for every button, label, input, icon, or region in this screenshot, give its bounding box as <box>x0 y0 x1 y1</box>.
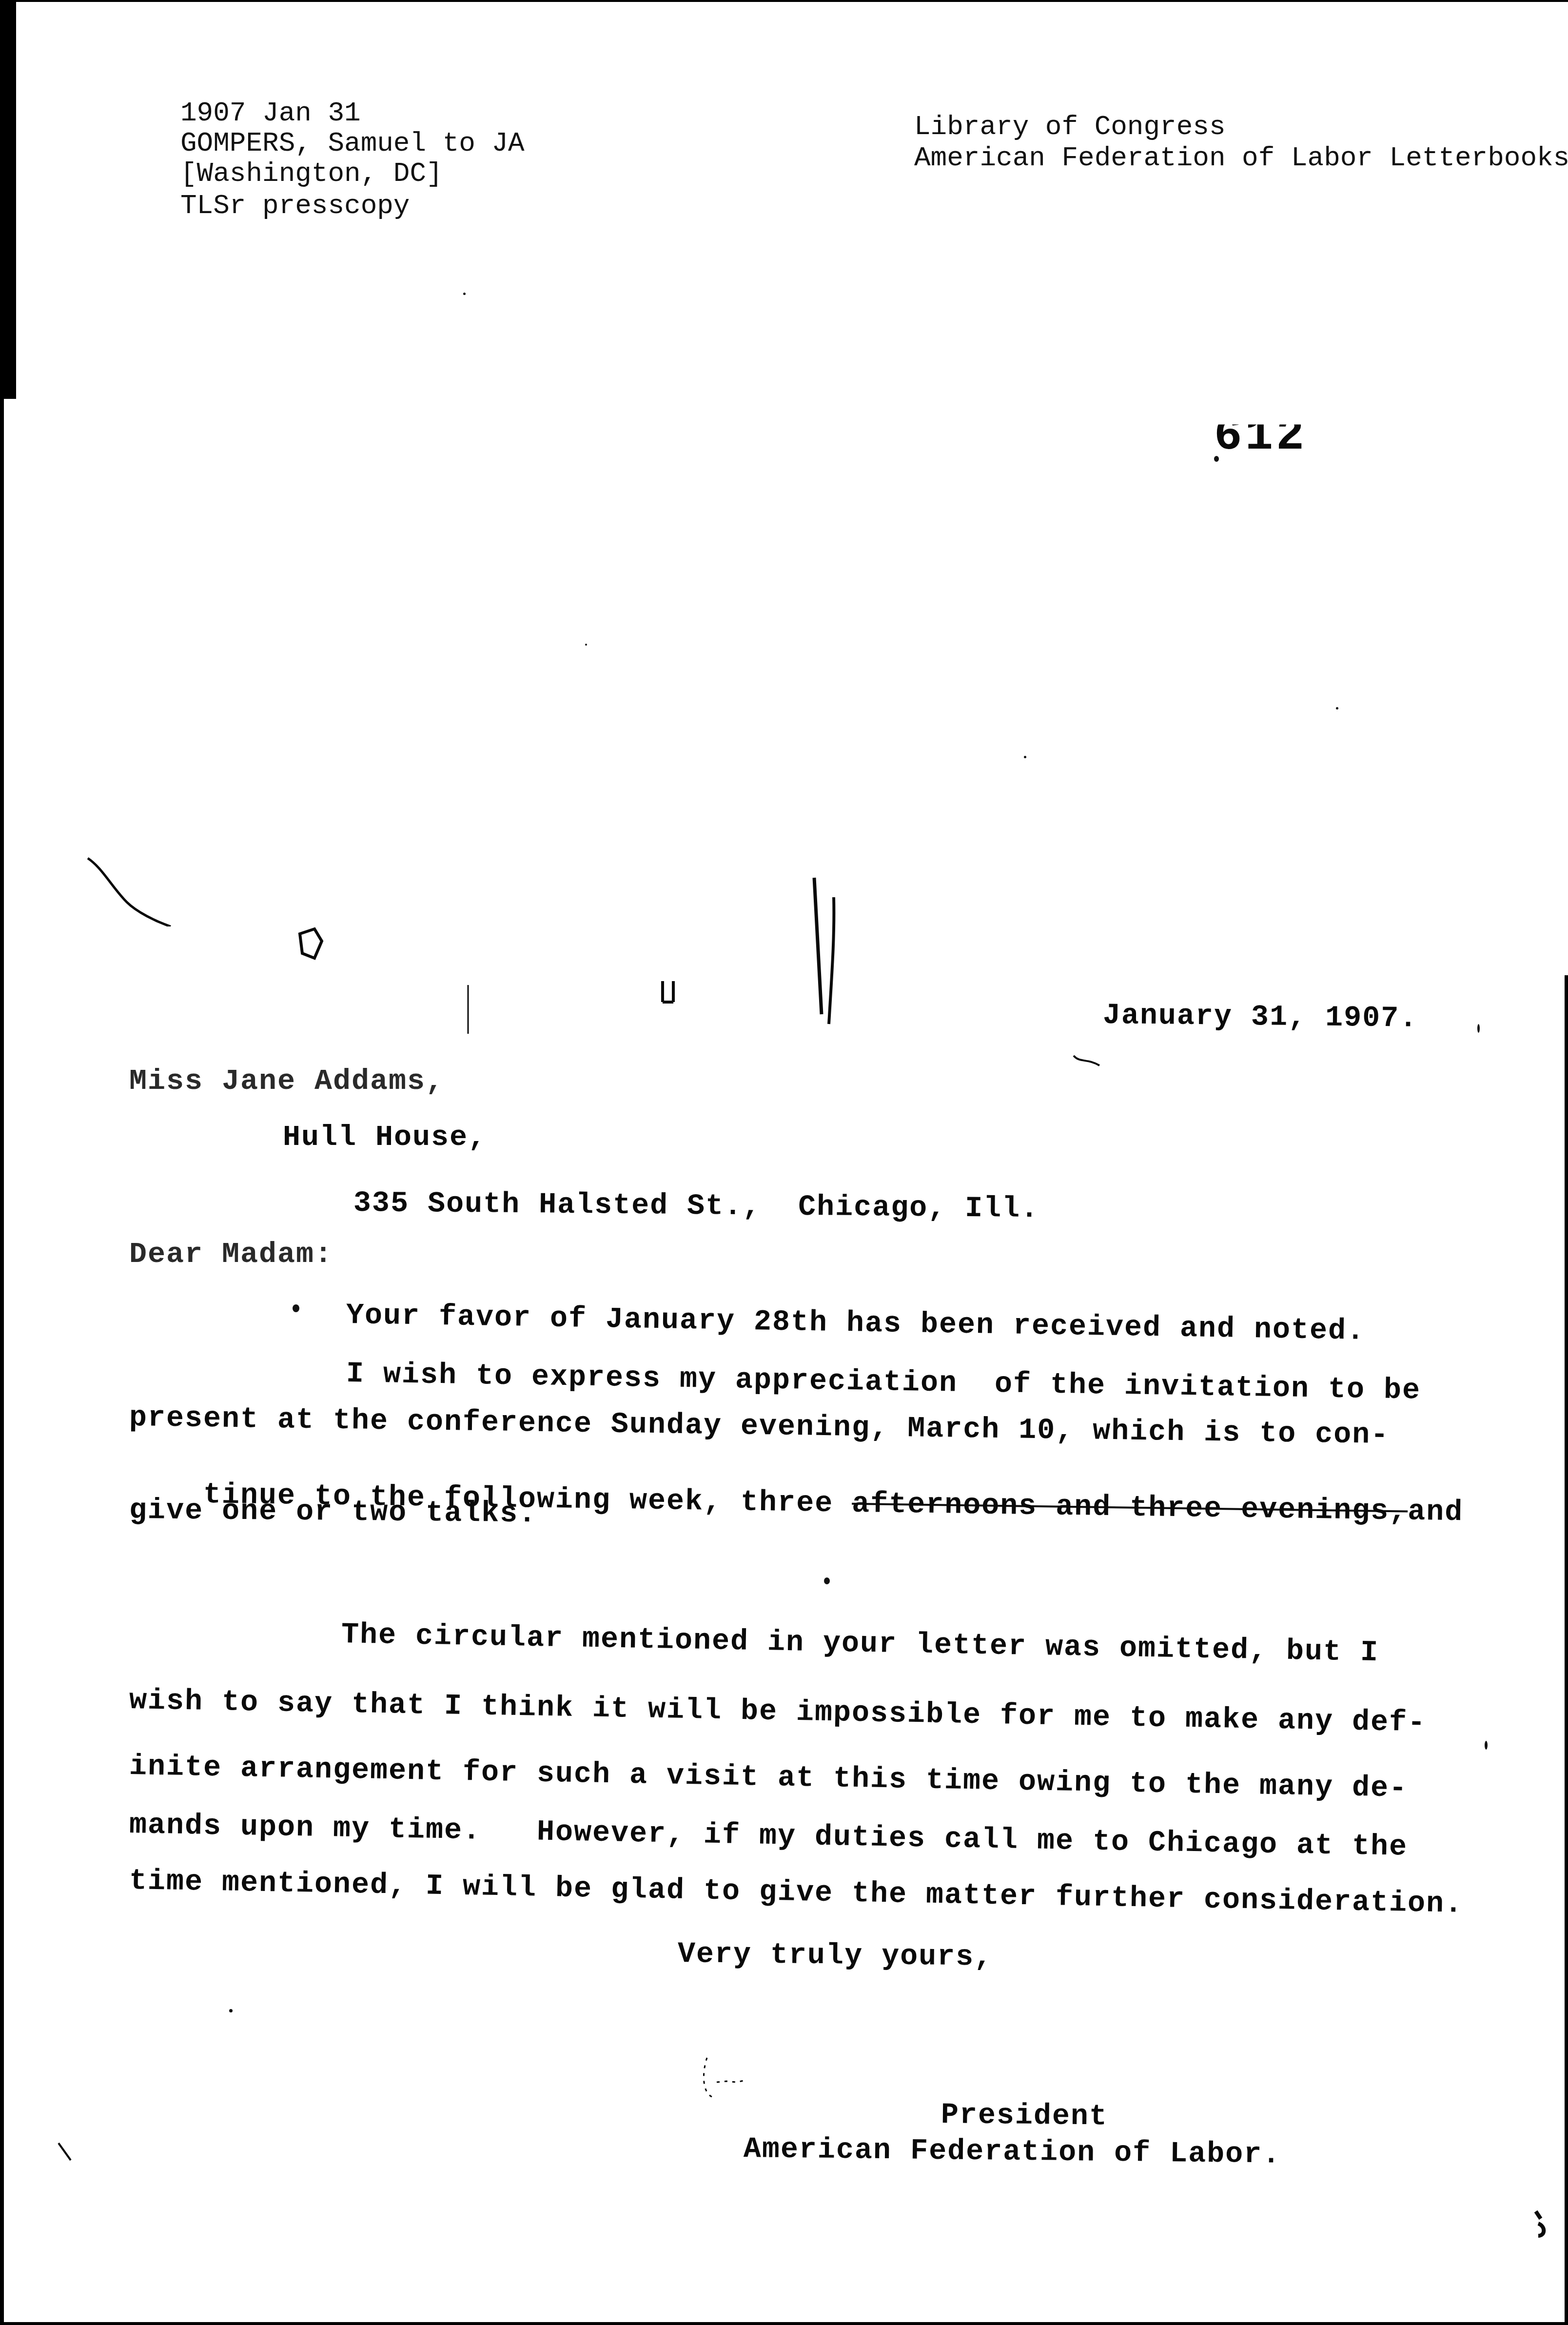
speck <box>1485 1741 1488 1750</box>
paragraph-2-line-1: I wish to express my appreciation of the… <box>346 1358 1421 1407</box>
page-number-stamp: 612 <box>1214 410 1307 463</box>
ink-loop-mark <box>293 926 332 965</box>
struck-through-text: afternoons and three evenings, <box>852 1488 1408 1529</box>
archive-collection: American Federation of Labor Letterbooks <box>914 142 1568 174</box>
paragraph-1-line-1: Your favor of January 28th has been rece… <box>346 1300 1365 1348</box>
closing: Very truly yours, <box>678 1938 993 1974</box>
letter-page: 1907 Jan 31 GOMPERS, Samuel to JA [Washi… <box>0 0 1568 2325</box>
tilde-mark <box>1073 1053 1102 1068</box>
scan-border-bottom <box>0 2322 1568 2325</box>
corner-ink-mark <box>1531 2209 1550 2238</box>
paragraph-3-line-3: inite arrangement for such a visit at th… <box>129 1751 1408 1805</box>
scan-border-left <box>0 399 4 2325</box>
signature-faint <box>697 2048 804 2107</box>
speck <box>229 2009 233 2012</box>
speck <box>1336 707 1338 709</box>
speck <box>1214 456 1219 462</box>
scan-border-left-top <box>0 0 16 399</box>
ink-m-mark <box>661 980 675 1005</box>
catalog-format: TLSr presscopy <box>180 190 410 221</box>
after-strike-text: and <box>1408 1496 1464 1530</box>
signature-organization: American Federation of Labor. <box>744 2133 1281 2171</box>
salutation: Dear Madam: <box>129 1239 333 1271</box>
paragraph-3-line-1: The circular mentioned in your letter wa… <box>341 1619 1379 1669</box>
speck <box>293 1304 299 1312</box>
recipient-name: Miss Jane Addams, <box>129 1065 444 1098</box>
paragraph-2-line-2: present at the conference Sunday evening… <box>129 1402 1390 1452</box>
archive-repository: Library of Congress <box>914 111 1226 142</box>
paragraph-2-line-4: give one or two talks. <box>129 1495 537 1530</box>
signature-title: President <box>941 2099 1108 2133</box>
speck <box>1477 1024 1480 1033</box>
speck <box>585 644 587 646</box>
speck <box>463 293 466 295</box>
recipient-address: 335 South Halsted St., Chicago, Ill. <box>353 1187 1039 1225</box>
paragraph-3-line-4: mands upon my time. However, if my dutie… <box>129 1809 1408 1864</box>
ink-line-mark <box>466 985 470 1034</box>
recipient-institution: Hull House, <box>283 1122 487 1154</box>
paragraph-3-line-2: wish to say that I think it will be impo… <box>129 1685 1426 1739</box>
scan-border-top <box>0 0 1568 2</box>
pen-stroke-mark <box>83 848 200 926</box>
catalog-date: 1907 Jan 31 <box>180 98 361 129</box>
catalog-place: [Washington, DC] <box>180 158 443 189</box>
ink-vertical-marks <box>800 868 858 1029</box>
speck <box>824 1577 830 1584</box>
paragraph-3-line-5: time mentioned, I will be glad to give t… <box>129 1865 1463 1921</box>
catalog-correspondents: GOMPERS, Samuel to JA <box>180 128 525 159</box>
speck <box>1024 756 1026 758</box>
margin-tick-mark <box>56 2141 76 2165</box>
letter-date: January 31, 1907. <box>1103 1000 1418 1035</box>
scan-border-right <box>1565 975 1568 2325</box>
